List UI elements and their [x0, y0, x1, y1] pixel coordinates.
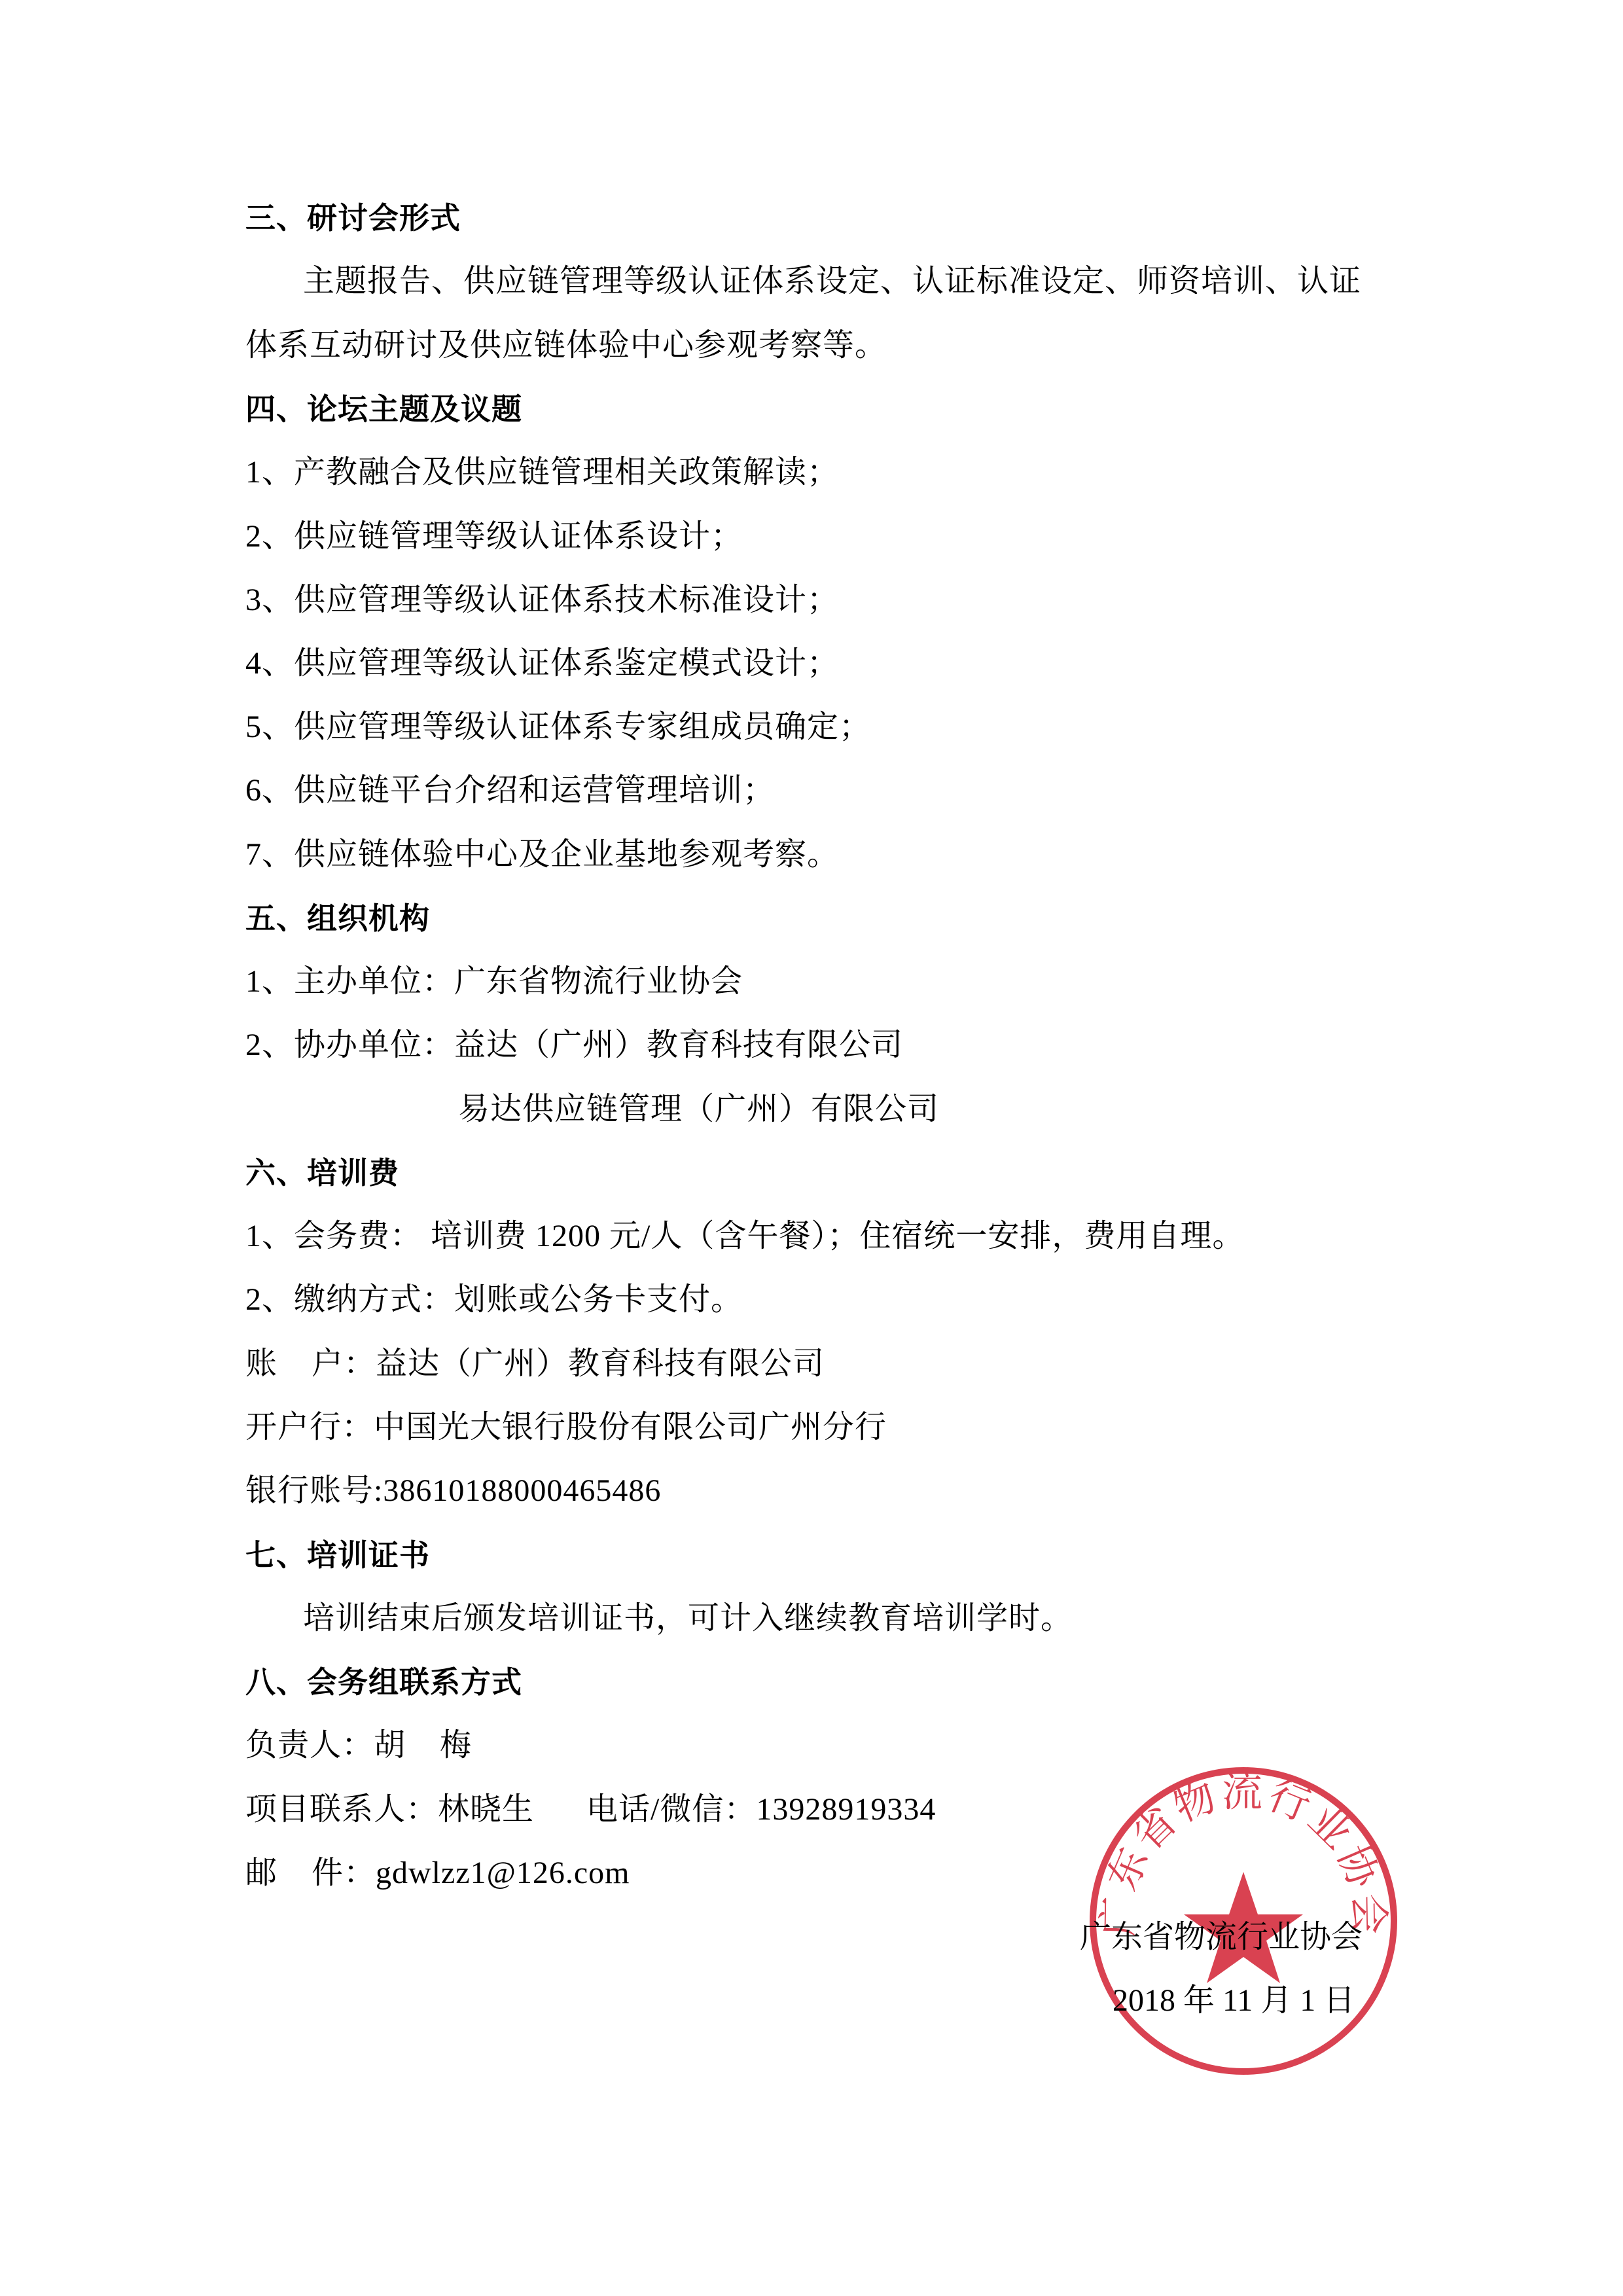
co-host-label: 2、协办单位：: [245, 1028, 454, 1062]
contact-row: 项目联系人：林晓生电话/微信：13928919334: [245, 1778, 936, 1842]
section-3-paragraph-line1: 主题报告、供应链管理等级认证体系设定、认证标准设定、师资培训、认证: [303, 249, 1361, 314]
section-4-heading: 四、论坛主题及议题: [245, 377, 522, 441]
topic-item-3: 3、供应管理等级认证体系技术标准设计；: [245, 568, 839, 632]
section-6-heading: 六、培训费: [245, 1141, 399, 1205]
topic-item-5: 5、供应管理等级认证体系专家组成员确定；: [245, 695, 871, 759]
leader-label: 负责人：: [245, 1728, 374, 1763]
contact-name: 林晓生: [438, 1792, 534, 1827]
leader-name: 胡 梅: [374, 1728, 472, 1763]
bank-label: 开户行：: [245, 1410, 374, 1444]
certificate-paragraph: 培训结束后颁发培训证书，可计入继续教育培训学时。: [303, 1587, 1073, 1651]
topic-item-2: 2、供应链管理等级认证体系设计；: [245, 505, 743, 569]
account-name: 益达（广州）教育科技有限公司: [376, 1346, 825, 1381]
section-8-heading: 八、会务组联系方式: [245, 1650, 522, 1714]
section-3-paragraph-line2: 体系互动研讨及供应链体验中心参观考察等。: [245, 314, 887, 378]
account-number-label: 银行账号:: [245, 1473, 383, 1508]
account-number-row: 银行账号:38610188000465486: [245, 1459, 661, 1523]
signature-date: 2018 年 11 月 1 日: [1113, 1969, 1355, 2033]
email-address[interactable]: gdwlzz1@126.com: [376, 1856, 630, 1890]
topic-item-1: 1、产教融合及供应链管理相关政策解读；: [245, 440, 839, 505]
co-host-1: 益达（广州）教育科技有限公司: [454, 1028, 903, 1062]
leader-row: 负责人：胡 梅: [245, 1713, 472, 1778]
account-label: 账 户：: [245, 1346, 376, 1381]
phone-number[interactable]: 13928919334: [756, 1792, 936, 1827]
payment-method: 2、缴纳方式：划账或公务卡支付。: [245, 1268, 743, 1332]
topic-item-6: 6、供应链平台介绍和运营管理培训；: [245, 759, 775, 823]
section-5-heading: 五、组织机构: [245, 886, 430, 950]
contact-label: 项目联系人：: [245, 1792, 438, 1827]
bank-row: 开户行：中国光大银行股份有限公司广州分行: [245, 1395, 887, 1460]
meeting-fee: 1、会务费： 培训费 1200 元/人（含午餐）；住宿统一安排，费用自理。: [245, 1204, 1244, 1268]
bank-name: 中国光大银行股份有限公司广州分行: [374, 1410, 887, 1444]
topic-item-4: 4、供应管理等级认证体系鉴定模式设计；: [245, 632, 839, 696]
account-number: 38610188000465486: [383, 1473, 661, 1508]
host-organization: 1、主办单位：广东省物流行业协会: [245, 950, 743, 1014]
section-7-heading: 七、培训证书: [245, 1523, 430, 1587]
email-label: 邮 件：: [245, 1856, 376, 1890]
co-host-row: 2、协办单位：益达（广州）教育科技有限公司: [245, 1013, 903, 1077]
signature-organization: 广东省物流行业协会: [1080, 1905, 1363, 1969]
topic-item-7: 7、供应链体验中心及企业基地参观考察。: [245, 823, 839, 887]
section-3-heading: 三、研讨会形式: [245, 186, 461, 250]
account-row: 账 户：益达（广州）教育科技有限公司: [245, 1332, 825, 1396]
phone-label: 电话/微信：: [586, 1792, 756, 1827]
co-host-2: 易达供应链管理（广州）有限公司: [458, 1077, 939, 1141]
email-row: 邮 件：gdwlzz1@126.com: [245, 1841, 630, 1905]
